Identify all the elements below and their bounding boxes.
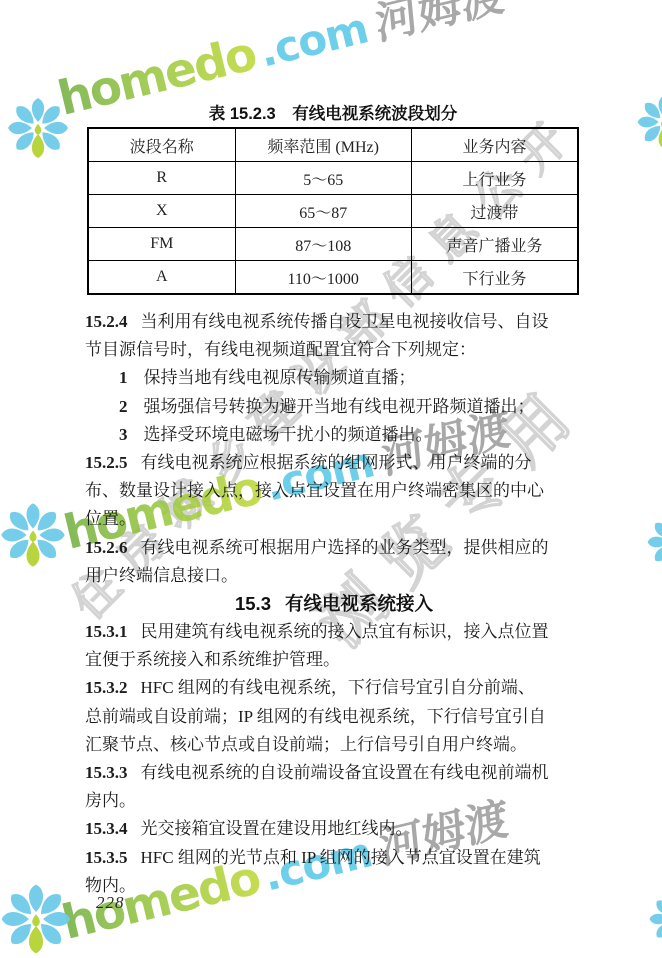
line-text: 强场强信号转换为避开当地有线电视开路频道播出； [144,397,535,416]
line-text: 布、数量设计接入点，接入点宜设置在用户终端密集区的中心 [85,481,544,500]
line-text: 选择受环境电磁场干扰小的频道播出。 [144,425,433,444]
line-text: 汇聚节点、核心节点或自设前端；上行信号引自用户终端。 [85,735,527,754]
frequency-range-cell: 5～65 [235,162,411,195]
frequency-range-cell: 110～1000 [235,261,411,295]
line-text: 宜便于系统接入和系统维护管理。 [85,650,340,669]
clause-number: 1 [119,368,128,387]
table-header-cell: 频率范围 (MHz) [235,128,411,162]
text-line: 3选择受环境电磁场干扰小的频道播出。 [85,421,583,449]
clause-number: 15.3.2 [85,678,128,697]
text-line: 15.2.4当利用有线电视系统传播自设卫星电视接收信号、自设 [85,308,583,336]
line-text: 位置。 [85,509,136,528]
line-text: 物内。 [85,876,136,895]
text-line: 15.3有线电视系统接入 [85,590,583,618]
flower-logo-icon [646,890,662,948]
line-text: 总前端或自设前端；IP 组网的有线电视系统，下行信号宜引自 [85,707,546,726]
frequency-range-cell: 65～87 [235,195,411,228]
table-title: 表 15.2.3 有线电视系统波段划分 [87,103,579,127]
table-row: R 5～65 上行业务 [88,162,578,195]
clause-number: 15.3.5 [85,848,128,867]
line-text: HFC 组网的有线电视系统，下行信号宜引自分前端、 [141,678,535,697]
body-text: 15.2.4当利用有线电视系统传播自设卫星电视接收信号、自设 节目源信号时，有线… [85,308,583,900]
line-text: 当利用有线电视系统传播自设卫星电视接收信号、自设 [141,312,549,331]
service-content-cell: 上行业务 [411,162,578,195]
band-name-cell: FM [88,228,235,261]
line-text: 有线电视系统可根据用户选择的业务类型，提供相应的 [141,538,549,557]
text-line: 房内。 [85,787,583,815]
text-line: 位置。 [85,505,583,533]
dot-com-text: .com [255,3,373,76]
flower-logo-icon [634,92,662,152]
text-line: 15.3.1民用建筑有线电视系统的接入点宜有标识，接入点位置 [85,618,583,646]
band-table-block: 表 15.2.3 有线电视系统波段划分 波段名称频率范围 (MHz)业务内容 R… [87,103,579,295]
page-number: 228 [96,893,125,913]
clause-number: 15.2.6 [85,538,128,557]
band-name-cell: X [88,195,235,228]
frequency-range-cell: 87～108 [235,228,411,261]
clause-number: 15.3.1 [85,622,128,641]
band-division-table: 波段名称频率范围 (MHz)业务内容 R 5～65 上行业务 X 65～87 过… [87,127,579,295]
text-line: 15.3.5HFC 组网的光节点和 IP 组网的接入节点宜设置在建筑 [85,844,583,872]
text-line: 15.2.6有线电视系统可根据用户选择的业务类型，提供相应的 [85,534,583,562]
service-content-cell: 声音广播业务 [411,228,578,261]
table-row: A 110～1000 下行业务 [88,261,578,295]
clause-number: 15.3.4 [85,819,128,838]
text-line: 节目源信号时，有线电视频道配置宜符合下列规定： [85,336,583,364]
text-line: 布、数量设计接入点，接入点宜设置在用户终端密集区的中心 [85,477,583,505]
band-name-cell: A [88,261,235,295]
clause-number: 2 [119,397,128,416]
table-header-cell: 波段名称 [88,128,235,162]
text-line: 总前端或自设前端；IP 组网的有线电视系统，下行信号宜引自 [85,703,583,731]
line-text: 保持当地有线电视原传输频道直播； [144,368,416,387]
flower-logo-icon [4,94,72,162]
line-text: 用户终端信息接口。 [85,566,238,585]
text-line: 2强场强信号转换为避开当地有线电视开路频道播出； [85,393,583,421]
text-line: 物内。 [85,872,583,900]
clause-number: 3 [119,425,128,444]
line-text: 节目源信号时，有线电视频道配置宜符合下列规定： [85,340,476,359]
flower-logo-icon [644,512,662,572]
text-line: 15.3.2HFC 组网的有线电视系统，下行信号宜引自分前端、 [85,674,583,702]
hemudu-cn-text: 河姆渡 [372,0,507,53]
line-text: 有线电视系统的自设前端设备宜设置在有线电视前端机 [141,763,549,782]
text-line: 15.3.4光交接箱宜设置在建设用地红线内。 [85,815,583,843]
clause-number: 15.3.3 [85,763,128,782]
service-content-cell: 过渡带 [411,195,578,228]
text-line: 15.3.3有线电视系统的自设前端设备宜设置在有线电视前端机 [85,759,583,787]
flower-logo-icon [0,499,69,571]
table-row: FM 87～108 声音广播业务 [88,228,578,261]
brand-watermark-top: homedo.com河姆渡 [51,0,509,120]
line-text: HFC 组网的光节点和 IP 组网的接入节点宜设置在建筑 [141,848,541,867]
text-line: 汇聚节点、核心节点或自设前端；上行信号引自用户终端。 [85,731,583,759]
table-header-cell: 业务内容 [411,128,578,162]
table-header-row: 波段名称频率范围 (MHz)业务内容 [88,128,578,162]
text-line: 15.2.5有线电视系统应根据系统的组网形式、用户终端的分 [85,449,583,477]
clause-number: 15.2.4 [85,312,128,331]
band-name-cell: R [88,162,235,195]
text-line: 用户终端信息接口。 [85,562,583,590]
line-text: 有线电视系统接入 [285,593,433,614]
text-line: 1保持当地有线电视原传输频道直播； [85,364,583,392]
flower-logo-icon [0,880,75,958]
service-content-cell: 下行业务 [411,261,578,295]
clause-number: 15.3 [235,593,271,614]
table-row: X 65～87 过渡带 [88,195,578,228]
line-text: 民用建筑有线电视系统的接入点宜有标识，接入点位置 [141,622,549,641]
document-page: 住房城乡建设部信息公开 浏览专用 homedo.com河姆渡 homedo.co… [0,0,662,958]
line-text: 光交接箱宜设置在建设用地红线内。 [141,819,413,838]
line-text: 房内。 [85,791,136,810]
text-line: 宜便于系统接入和系统维护管理。 [85,646,583,674]
line-text: 有线电视系统应根据系统的组网形式、用户终端的分 [141,453,532,472]
clause-number: 15.2.5 [85,453,128,472]
